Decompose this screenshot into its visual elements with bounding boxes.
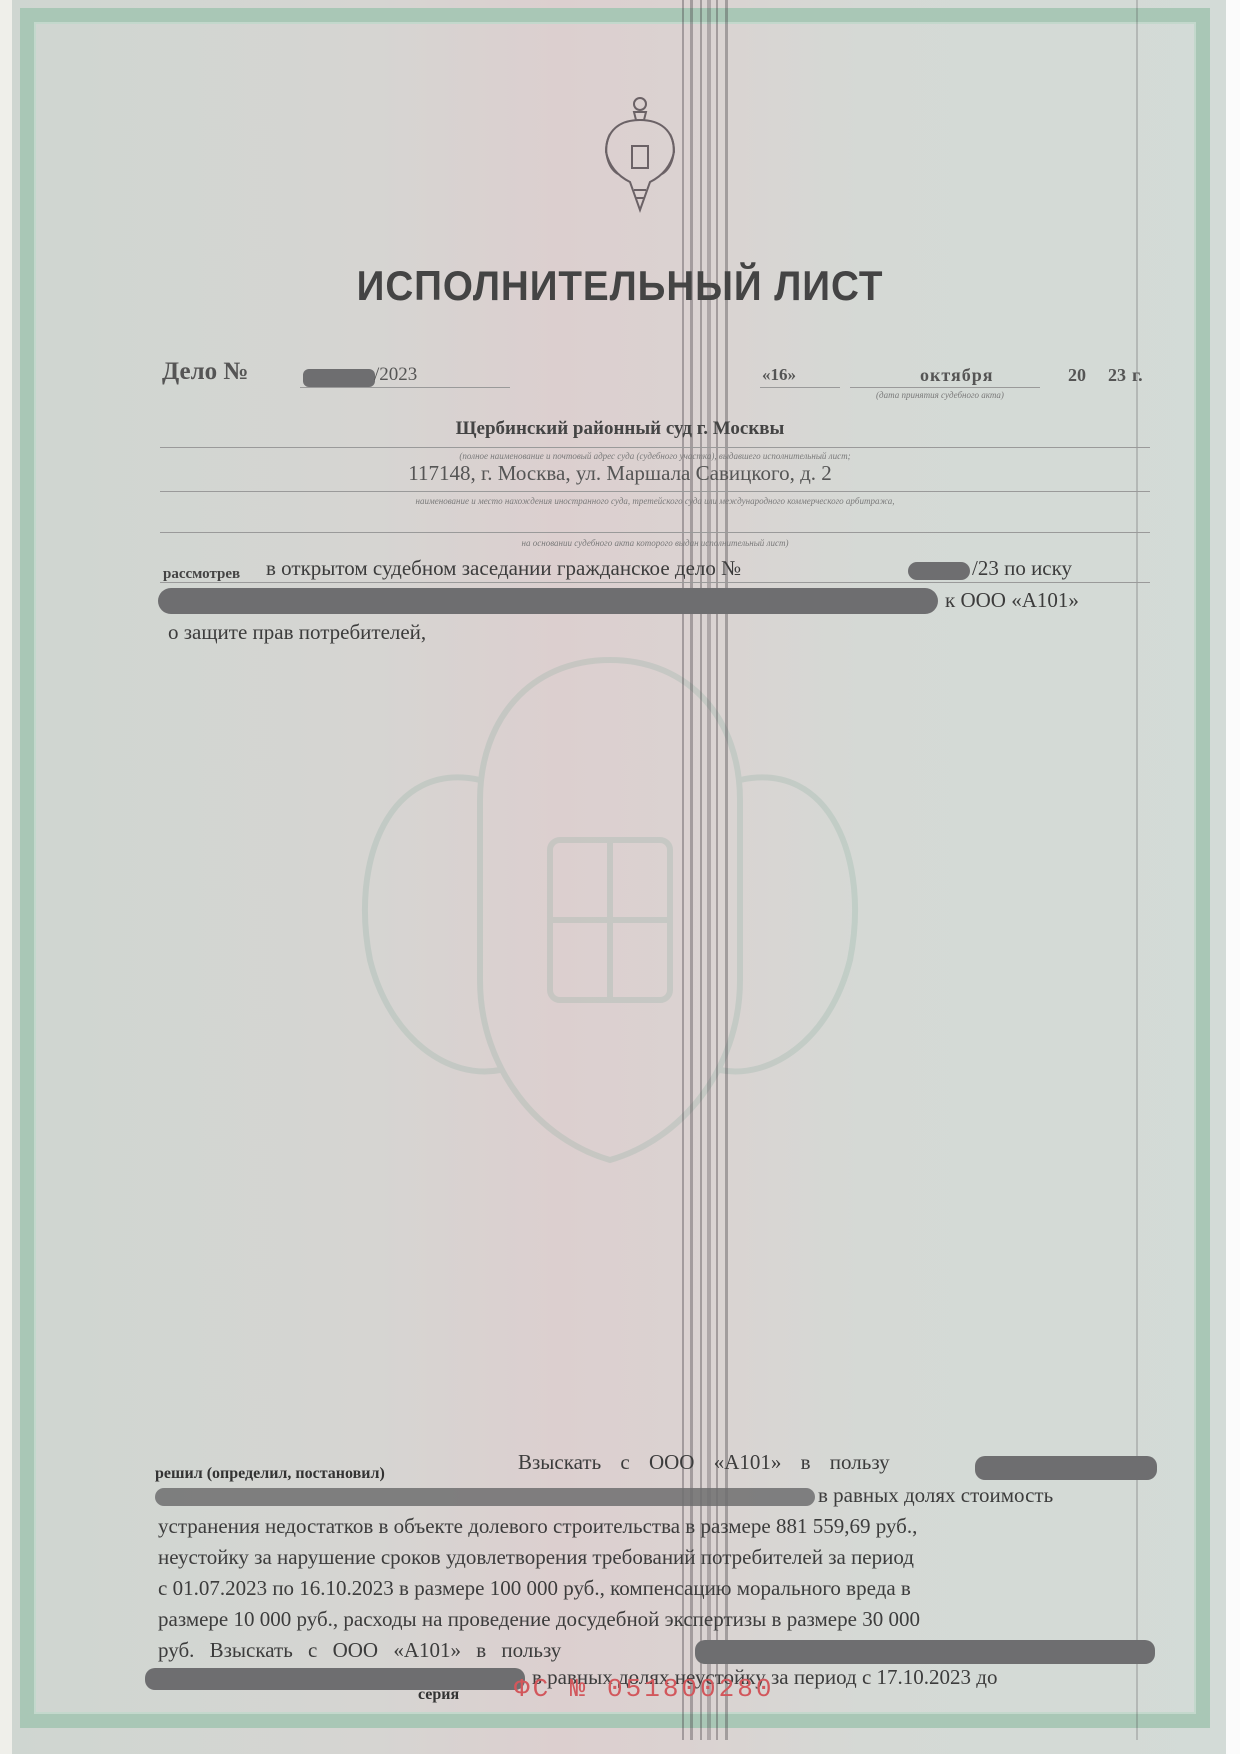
decision-line6: размере 10 000 руб., расходы на проведен… — [158, 1604, 920, 1635]
court-caption: (полное наименование и почтовый адрес су… — [160, 451, 1150, 461]
decision-line5: с 01.07.2023 по 16.10.2023 в размере 100… — [158, 1573, 911, 1604]
considered-line3: о защите прав потребителей, — [168, 617, 426, 648]
redaction — [145, 1668, 525, 1690]
eagle-watermark-icon — [330, 640, 890, 1180]
scan-artifact — [682, 0, 684, 1740]
considered-line1-suffix: /23 по иску — [972, 553, 1072, 584]
redaction — [908, 562, 970, 580]
case-number-suffix: /2023 — [374, 364, 417, 386]
considered-line2: к ООО «А101» — [945, 585, 1079, 616]
scan-artifact — [716, 0, 718, 1740]
decision-line2: в равных долях стоимость — [818, 1480, 1053, 1511]
date-year-suffix: 23 — [1108, 365, 1126, 386]
scan-artifact — [707, 0, 711, 1740]
date-month: октября — [920, 365, 993, 386]
considered-line1: в открытом судебном заседании гражданско… — [266, 553, 741, 584]
scan-artifact — [725, 0, 728, 1740]
date-day: «16» — [762, 365, 796, 385]
case-underline — [300, 387, 510, 388]
scan-artifact — [700, 0, 702, 1740]
case-label: Дело № — [162, 358, 249, 386]
court-underline — [160, 447, 1150, 448]
decision-line7: руб. Взыскать с ООО «А101» в пользу — [158, 1635, 561, 1666]
foreign-court-caption: наименование и место нахождения иностран… — [160, 496, 1150, 506]
redaction — [695, 1640, 1155, 1664]
decision-line3: устранения недостатков в объекте долевог… — [158, 1511, 917, 1542]
basis-caption: на основании судебного акта которого выд… — [160, 538, 1150, 548]
decision-line1: Взыскать с ООО «А101» в пользу — [518, 1447, 890, 1478]
court-name: Щербинский районный суд г. Москвы — [0, 418, 1240, 440]
decision-line4: неустойку за нарушение сроков удовлетвор… — [158, 1542, 914, 1573]
address-underline — [160, 491, 1150, 492]
date-day-underline — [760, 387, 840, 388]
coat-of-arms-icon — [600, 90, 680, 220]
decision-label: решил (определил, постановил) — [155, 1465, 385, 1483]
redaction — [975, 1456, 1157, 1480]
considered-label: рассмотрев — [163, 566, 240, 583]
redaction — [303, 369, 375, 387]
document-title: ИСПОЛНИТЕЛЬНЫЙ ЛИСТ — [50, 262, 1191, 310]
redaction — [158, 588, 938, 614]
date-caption: (дата принятия судебного акта) — [820, 390, 1060, 400]
blank-underline — [160, 532, 1150, 533]
serial-number: ФС № 051800280 — [514, 1674, 774, 1704]
scan-artifact — [690, 0, 693, 1740]
court-address: 117148, г. Москва, ул. Маршала Савицкого… — [0, 461, 1240, 486]
date-month-underline — [850, 387, 1040, 388]
serial-label: серия — [418, 1686, 459, 1704]
considered-underline — [160, 582, 1150, 583]
scan-margin — [1226, 0, 1240, 1754]
redaction — [155, 1488, 815, 1506]
date-year-prefix: 20 — [1068, 365, 1086, 386]
date-year-unit: г. — [1132, 365, 1143, 386]
